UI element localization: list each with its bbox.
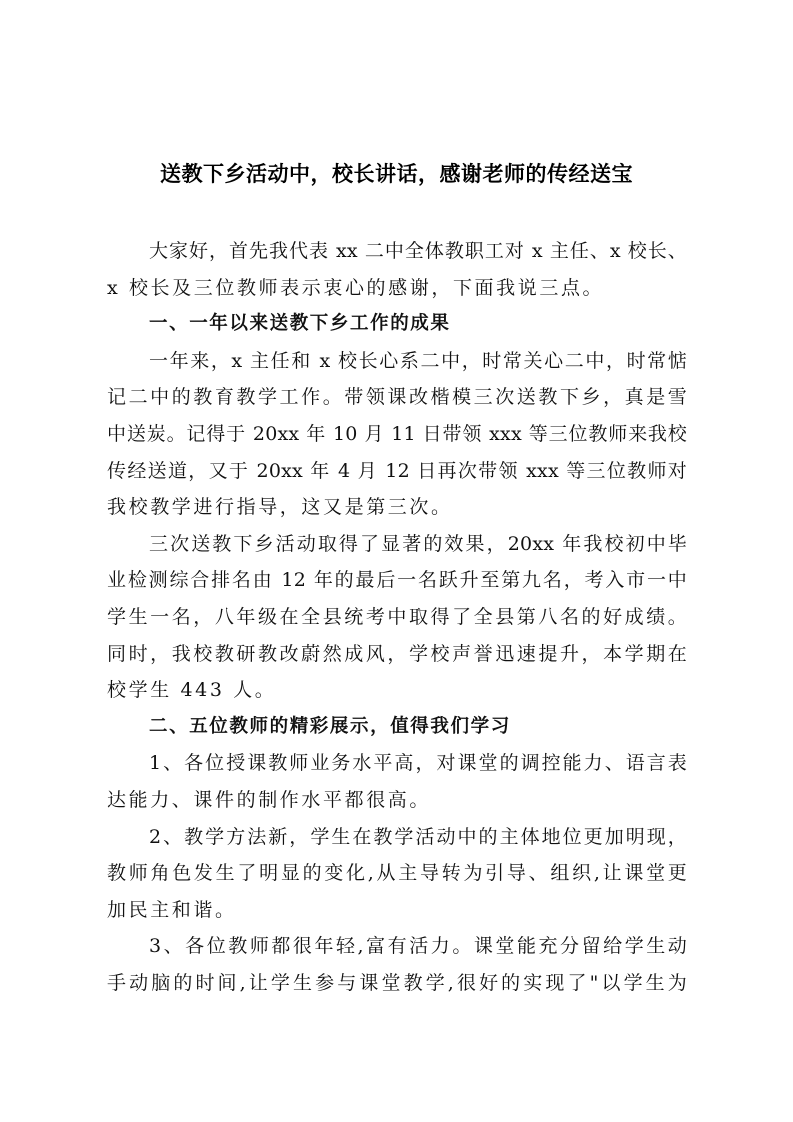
paragraph-line: 1、各位授课教师业务水平高，对课堂的调控能力、语言表 <box>107 745 687 782</box>
paragraph-line: 中送炭。记得于 20xx 年 10 月 11 日带领 xxx 等三位教师来我校 <box>107 416 687 453</box>
paragraph-line: 2、教学方法新，学生在教学活动中的主体地位更加明现， <box>107 819 687 856</box>
paragraph-line: 大家好，首先我代表 xx 二中全体教职工对 x 主任、x 校长、 <box>107 233 687 270</box>
paragraph-line: 手动脑的时间,让学生参与课堂教学,很好的实现了"以学生为 <box>107 965 687 1002</box>
paragraph-line: 3、各位教师都很年轻,富有活力。课堂能充分留给学生动 <box>107 928 687 965</box>
paragraph-line: 传经送道，又于 20xx 年 4 月 12 日再次带领 xxx 等三位教师对 <box>107 453 687 490</box>
section-heading: 一、一年以来送教下乡工作的成果 <box>107 306 687 343</box>
paragraph-line: 学生一名，八年级在全县统考中取得了全县第八名的好成绩。 <box>107 599 687 636</box>
paragraph-line: 同时，我校教研教改蔚然成风，学校声誉迅速提升，本学期在 <box>107 636 687 673</box>
paragraph-line: 一年来，x 主任和 x 校长心系二中，时常关心二中，时常惦 <box>107 343 687 380</box>
section-heading: 二、五位教师的精彩展示，值得我们学习 <box>107 709 687 746</box>
paragraph-line: 达能力、课件的制作水平都很高。 <box>107 782 687 819</box>
paragraph-line: 记二中的教育教学工作。带领课改楷模三次送教下乡，真是雪 <box>107 379 687 416</box>
paragraph-line: x 校长及三位教师表示衷心的感谢，下面我说三点。 <box>107 270 687 307</box>
paragraph-line: 加民主和谐。 <box>107 892 687 929</box>
paragraph-line: 我校教学进行指导，这又是第三次。 <box>107 489 687 526</box>
paragraph-line: 校学生 443 人。 <box>107 672 687 709</box>
document-body: 大家好，首先我代表 xx 二中全体教职工对 x 主任、x 校长、 x 校长及三位… <box>107 233 687 1001</box>
paragraph-line: 三次送教下乡活动取得了显著的效果，20xx 年我校初中毕 <box>107 526 687 563</box>
paragraph-line: 教师角色发生了明显的变化,从主导转为引导、组织,让课堂更 <box>107 855 687 892</box>
document-page: 送教下乡活动中，校长讲话，感谢老师的传经送宝 大家好，首先我代表 xx 二中全体… <box>0 0 793 1122</box>
paragraph-line: 业检测综合排名由 12 年的最后一名跃升至第九名，考入市一中 <box>107 562 687 599</box>
document-title: 送教下乡活动中，校长讲话，感谢老师的传经送宝 <box>0 158 793 188</box>
